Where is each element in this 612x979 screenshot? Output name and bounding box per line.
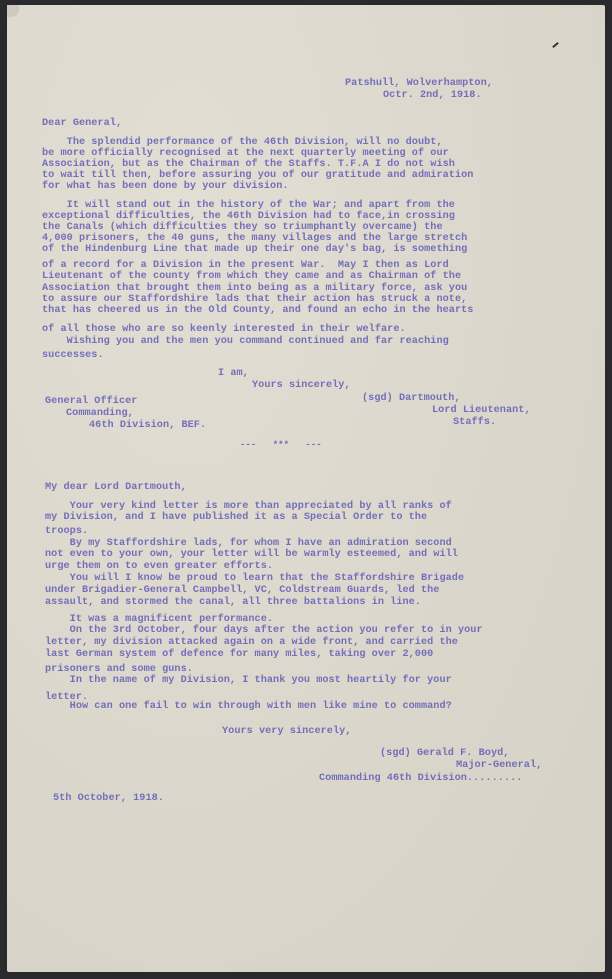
- body-line: of all those who are so keenly intereste…: [42, 324, 406, 335]
- letter1-date: Octr. 2nd, 1918.: [383, 90, 482, 101]
- body-line: The splendid performance of the 46th Div…: [42, 137, 443, 148]
- body-line: for what has been done by your division.: [42, 181, 289, 192]
- letter1-closing: Yours sincerely,: [252, 380, 351, 391]
- body-line: How can one fail to win through with men…: [45, 701, 452, 712]
- body-line: In the name of my Division, I thank you …: [45, 675, 452, 686]
- body-line: not even to your own, your letter will b…: [45, 549, 458, 560]
- body-line: be more officially recognised at the nex…: [42, 148, 449, 159]
- body-line: letter, my division attacked again on a …: [45, 637, 458, 648]
- body-line: my Division, and I have published it as …: [45, 512, 427, 523]
- body-line: It will stand out in the history of the …: [42, 200, 455, 211]
- body-line: urge them on to even greater efforts.: [45, 561, 273, 572]
- body-line: that has cheered us in the Old County, a…: [42, 305, 473, 316]
- letter2-signature-command: Commanding 46th Division.........: [319, 773, 522, 784]
- body-line: assault, and stormed the canal, all thre…: [45, 597, 421, 608]
- body-line: By my Staffordshire lads, for whom I hav…: [45, 538, 452, 549]
- body-line: Your very kind letter is more than appre…: [45, 501, 452, 512]
- sender-address: Patshull, Wolverhampton,: [345, 78, 493, 89]
- body-line: under Brigadier-General Campbell, VC, Co…: [45, 585, 439, 596]
- letter2-signature-rank: Major-General,: [456, 760, 542, 771]
- body-line: Wishing you and the men you command cont…: [42, 336, 449, 347]
- body-line: troops.: [45, 526, 88, 537]
- letter2-signature: (sgd) Gerald F. Boyd,: [380, 748, 509, 759]
- recipient-line-2: Commanding,: [66, 408, 134, 419]
- body-line: prisoners and some guns.: [45, 664, 193, 675]
- recipient-line-3: 46th Division, BEF.: [89, 420, 206, 431]
- body-line: to assure our Staffordshire lads that th…: [42, 294, 467, 305]
- recipient-line-1: General Officer: [45, 396, 137, 407]
- body-line: Association that brought them into being…: [42, 283, 467, 294]
- body-line: successes.: [42, 350, 104, 361]
- body-line: exceptional difficulties, the 46th Divis…: [42, 211, 455, 222]
- body-line: You will I know be proud to learn that t…: [45, 573, 464, 584]
- letter1-salutation: Dear General,: [42, 118, 122, 129]
- letter1-signature-county: Staffs.: [453, 417, 496, 428]
- body-line: the Canals (which difficulties they so t…: [42, 222, 443, 233]
- body-line: On the 3rd October, four days after the …: [45, 625, 483, 636]
- body-line: last German system of defence for many m…: [45, 649, 433, 660]
- letter2-salutation: My dear Lord Dartmouth,: [45, 482, 187, 493]
- body-line: of a record for a Division in the presen…: [42, 260, 449, 271]
- body-line: to wait till then, before assuring you o…: [42, 170, 473, 181]
- letter1-signature-title: Lord Lieutenant,: [432, 405, 531, 416]
- letter1-signature: (sgd) Dartmouth,: [362, 393, 461, 404]
- letter2-closing: Yours very sincerely,: [222, 726, 351, 737]
- letter-separator: --- *** ---: [240, 440, 322, 451]
- body-line: 4,000 prisoners, the 40 guns, the many v…: [42, 233, 467, 244]
- letter1-closing-iam: I am,: [218, 368, 249, 379]
- letter2-date: 5th October, 1918.: [53, 793, 164, 804]
- body-line: It was a magnificent performance.: [45, 614, 273, 625]
- body-line: of the Hindenburg Line that made up thei…: [42, 244, 467, 255]
- body-line: Association, but as the Chairman of the …: [42, 159, 455, 170]
- body-line: Lieutenant of the county from which they…: [42, 271, 461, 282]
